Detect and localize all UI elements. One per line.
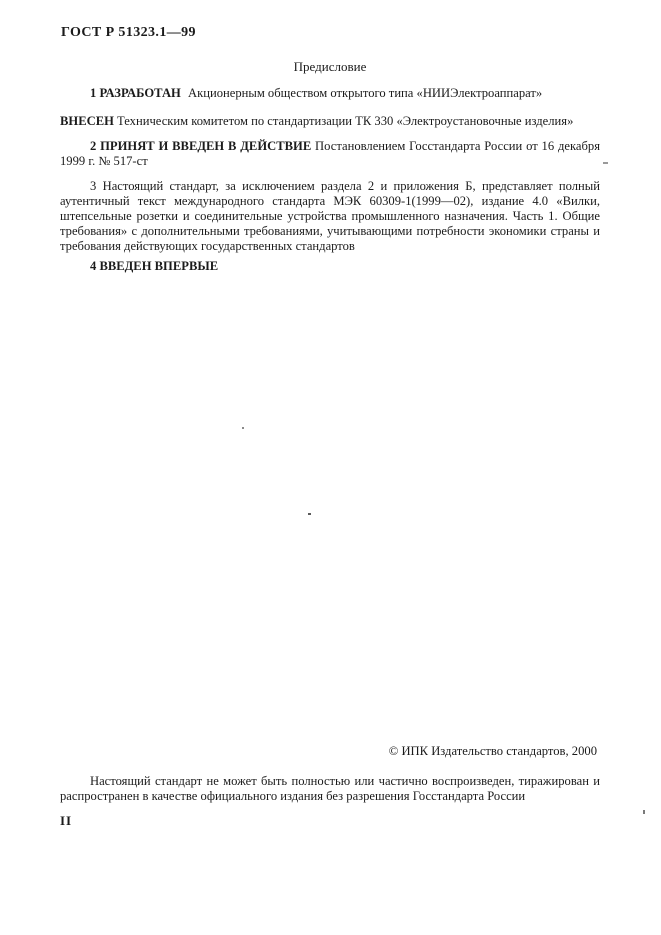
preface-heading: Предисловие [60,59,600,74]
preface-item-3: 3 Настоящий стандарт, за исключением раз… [60,179,600,254]
preface-item-2-lead: 2 ПРИНЯТ И ВВЕДЕН В ДЕЙСТВИЕ [90,139,311,153]
preface-item-1b-text: Техническим комитетом по стандартизации … [117,114,573,128]
preface-item-1-text: Акционерным обществом открытого типа «НИ… [188,86,542,100]
preface-item-1b-lead: ВНЕСЕН [60,114,114,128]
doc-number: ГОСТ Р 51323.1—99 [61,25,196,41]
preface-item-1: 1 РАЗРАБОТАН Акционерным обществом откры… [60,86,600,101]
scan-artifact-dash [603,162,608,164]
reproduction-disclaimer: Настоящий стандарт не может быть полност… [60,774,600,804]
copyright-line: © ИПК Издательство стандартов, 2000 [389,744,597,759]
scan-artifact-dot [242,427,244,429]
preface-item-1-lead: 1 РАЗРАБОТАН [90,86,185,100]
page-number: II [60,813,72,828]
scan-artifact-speck [643,810,645,814]
document-page: ГОСТ Р 51323.1—99 Предисловие 1 РАЗРАБОТ… [0,0,661,935]
scan-artifact-dot [308,513,311,515]
preface-item-1b: ВНЕСЕН Техническим комитетом по стандарт… [60,114,600,129]
preface-item-4: 4 ВВЕДЕН ВПЕРВЫЕ [60,259,600,274]
preface-item-2: 2 ПРИНЯТ И ВВЕДЕН В ДЕЙСТВИЕ Постановлен… [60,139,600,169]
